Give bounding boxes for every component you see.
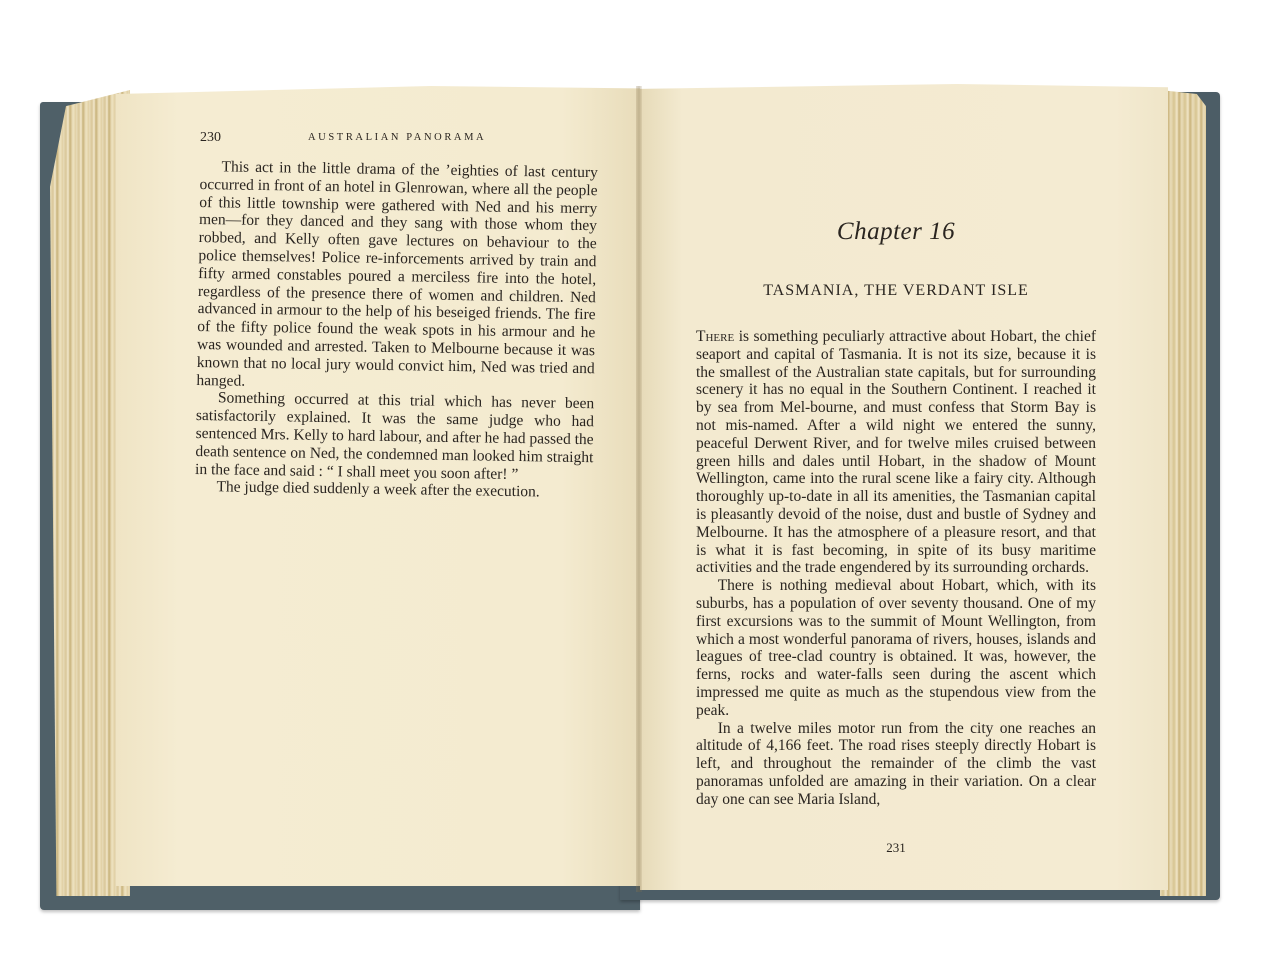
- paragraph: There is nothing medieval about Hobart, …: [696, 577, 1096, 719]
- running-title: AUSTRALIAN PANORAMA: [308, 132, 486, 143]
- opening-paragraph-text: is something peculiarly attractive about…: [696, 328, 1096, 576]
- chapter-title: TASMANIA, THE VERDANT ISLE: [696, 282, 1096, 300]
- left-page-body: This act in the little drama of the ’eig…: [195, 158, 598, 502]
- right-page-body: There is something peculiarly attractive…: [696, 328, 1096, 809]
- chapter-label: Chapter 16: [696, 218, 1096, 246]
- book-gutter: [636, 86, 642, 892]
- opening-paragraph: There is something peculiarly attractive…: [696, 328, 1096, 577]
- opening-word: There: [696, 328, 734, 345]
- paragraph: Something occurred at this trial which h…: [195, 389, 594, 484]
- running-head: 230 AUSTRALIAN PANORAMA: [200, 130, 600, 150]
- page-number-right: 231: [696, 840, 1096, 856]
- page-number-left: 230: [200, 130, 221, 146]
- paragraph: This act in the little drama of the ’eig…: [196, 158, 598, 396]
- paragraph: In a twelve miles motor run from the cit…: [696, 720, 1096, 809]
- open-book: 230 AUSTRALIAN PANORAMA This act in the …: [0, 0, 1262, 968]
